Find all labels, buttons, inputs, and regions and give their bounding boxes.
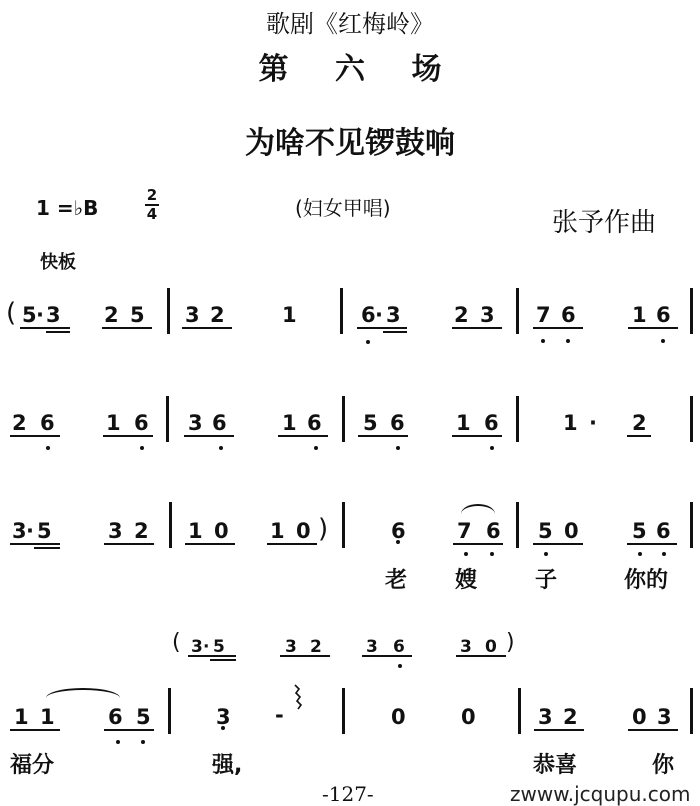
barline	[690, 502, 693, 548]
note: 1	[632, 304, 647, 326]
underline	[456, 655, 506, 657]
barline	[167, 288, 170, 334]
underline	[453, 543, 503, 545]
breath-mark-icon	[292, 684, 304, 714]
dash-extension: -	[275, 704, 284, 726]
low-octave-dot	[541, 339, 545, 343]
barline	[342, 502, 345, 548]
underline	[278, 435, 328, 437]
barline	[169, 502, 172, 548]
note: 1	[282, 304, 297, 326]
lyric: 子	[535, 563, 557, 594]
barline	[168, 688, 171, 734]
underline	[533, 327, 583, 329]
note: 1	[40, 706, 55, 728]
note: 1	[282, 412, 297, 434]
underline	[10, 543, 60, 545]
close-paren: )	[506, 630, 515, 656]
underline	[210, 659, 236, 661]
note: 6	[486, 520, 501, 542]
song-title: 为啥不见锣鼓响	[0, 118, 700, 162]
underline	[182, 327, 232, 329]
note: 0	[461, 706, 476, 728]
note: 0	[564, 520, 579, 542]
note: 2	[210, 304, 225, 326]
note: 3	[386, 304, 401, 326]
lyric: 福分	[10, 748, 54, 779]
note: 2	[104, 304, 119, 326]
low-octave-dot	[464, 552, 468, 556]
low-octave-dot	[46, 446, 50, 450]
underline	[628, 327, 678, 329]
note: 6	[656, 304, 671, 326]
note: 3	[657, 706, 672, 728]
watermark: zwww.jcqupu.com	[510, 782, 690, 806]
note: 7	[536, 304, 551, 326]
open-paren: (	[6, 300, 16, 326]
note: 6	[212, 412, 227, 434]
barline	[518, 688, 521, 734]
composer-label: 张予作曲	[552, 202, 656, 239]
note: 2	[134, 520, 149, 542]
note: 5	[37, 520, 52, 542]
underline	[452, 327, 502, 329]
note: 7	[457, 520, 472, 542]
note: 0	[391, 706, 406, 728]
barline	[516, 288, 519, 334]
lyric: 你的	[624, 563, 668, 594]
time-signature-bottom: 4	[145, 207, 159, 222]
underline	[357, 327, 407, 329]
barline	[166, 396, 169, 442]
note: 6	[134, 412, 149, 434]
low-octave-dot	[366, 340, 370, 344]
dot-duration: ·	[589, 412, 597, 434]
underline	[534, 729, 584, 731]
slur-tie	[46, 688, 120, 698]
underline	[34, 547, 60, 549]
underline	[533, 543, 583, 545]
low-octave-dot	[314, 446, 318, 450]
low-octave-dot	[396, 540, 400, 544]
note: 6	[40, 412, 55, 434]
note: 5	[538, 520, 553, 542]
barline	[690, 288, 693, 334]
barline	[342, 396, 345, 442]
key-signature: 1 =♭B	[36, 196, 98, 220]
low-octave-dot	[396, 446, 400, 450]
lyric: 你	[652, 748, 674, 779]
underline	[103, 435, 153, 437]
note: 3	[538, 706, 553, 728]
note: 6	[561, 304, 576, 326]
scene-char: 第	[259, 52, 289, 87]
note: 0	[632, 706, 647, 728]
barline	[342, 688, 345, 734]
slur-tie	[461, 504, 495, 514]
underline	[280, 655, 330, 657]
lyric: 强,	[212, 748, 242, 779]
note: 6	[361, 304, 376, 326]
time-signature: 2 4	[145, 188, 159, 222]
barline	[690, 688, 693, 734]
note: 3	[12, 520, 27, 542]
note: 3	[480, 304, 495, 326]
underline	[46, 331, 70, 333]
note: 6	[484, 412, 499, 434]
underline	[104, 543, 154, 545]
close-paren: )	[318, 516, 328, 542]
dot-duration: ·	[36, 304, 44, 326]
note: 5	[363, 412, 378, 434]
low-octave-dot	[661, 339, 665, 343]
note: 3	[185, 304, 200, 326]
barline	[690, 396, 693, 442]
note: 6	[307, 412, 322, 434]
note: 3	[216, 706, 231, 728]
note: 6	[656, 520, 671, 542]
opera-title: 歌剧《红梅岭》	[0, 4, 700, 39]
underline	[267, 543, 317, 545]
underline	[20, 327, 70, 329]
singer-label: (妇女甲唱)	[295, 192, 391, 221]
note: 6	[391, 520, 406, 542]
page-number: -127-	[322, 782, 374, 806]
time-signature-top: 2	[145, 188, 159, 203]
barline	[340, 288, 343, 334]
underline	[362, 655, 412, 657]
note: 0	[214, 520, 229, 542]
note: 5	[136, 706, 151, 728]
tempo-marking: 快板	[40, 248, 76, 274]
underline	[188, 655, 236, 657]
note: 1	[188, 520, 203, 542]
note: 2	[632, 412, 647, 434]
low-octave-dot	[566, 339, 570, 343]
barline	[516, 502, 519, 548]
note: 1	[563, 412, 578, 434]
scene-char: 六	[335, 52, 365, 87]
dot-duration: ·	[375, 304, 383, 326]
low-octave-dot	[141, 740, 145, 744]
low-octave-dot	[140, 446, 144, 450]
underline	[102, 327, 152, 329]
low-octave-dot	[116, 740, 120, 744]
underline	[627, 435, 651, 437]
note: 2	[454, 304, 469, 326]
underline	[627, 543, 677, 545]
scene-title: 第 六 场	[0, 44, 700, 88]
underline	[104, 729, 154, 731]
low-octave-dot	[398, 664, 402, 668]
lyric: 老	[385, 563, 407, 594]
lyric: 恭喜	[533, 748, 577, 779]
low-octave-dot	[219, 446, 223, 450]
note: 3	[46, 304, 61, 326]
low-octave-dot	[638, 552, 642, 556]
note: 5	[632, 520, 647, 542]
scene-char: 场	[411, 52, 441, 87]
underline	[10, 729, 60, 731]
low-octave-dot	[490, 446, 494, 450]
note: 5	[22, 304, 37, 326]
note: 0	[296, 520, 311, 542]
note: 2	[563, 706, 578, 728]
low-octave-dot	[662, 552, 666, 556]
underline	[185, 543, 235, 545]
note: 1	[106, 412, 121, 434]
note: 6	[390, 412, 405, 434]
open-paren: (	[172, 630, 181, 656]
note: 1	[456, 412, 471, 434]
note: 2	[12, 412, 27, 434]
note: 1	[14, 706, 29, 728]
lyric: 嫂	[455, 563, 477, 594]
underline	[10, 435, 60, 437]
low-octave-dot	[544, 552, 548, 556]
underline	[358, 435, 408, 437]
note: 3	[108, 520, 123, 542]
note: 6	[108, 706, 123, 728]
underline	[628, 729, 678, 731]
barline	[516, 396, 519, 442]
note: 5	[130, 304, 145, 326]
underline	[184, 435, 234, 437]
low-octave-dot	[221, 726, 225, 730]
underline	[452, 435, 502, 437]
low-octave-dot	[490, 552, 494, 556]
underline	[383, 331, 407, 333]
dot-duration: ·	[26, 520, 34, 542]
note: 1	[270, 520, 285, 542]
note: 3	[188, 412, 203, 434]
